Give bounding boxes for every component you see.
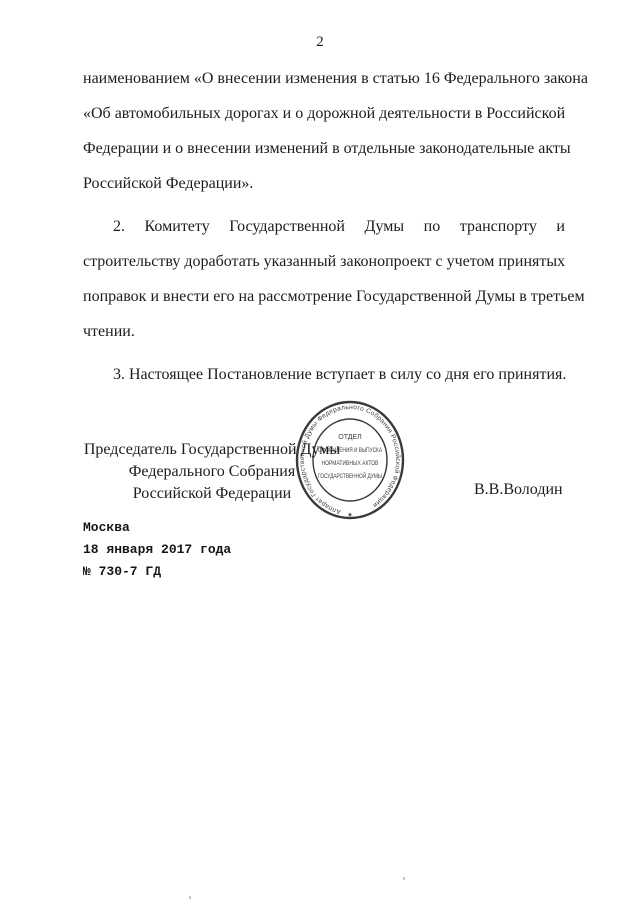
text-line: «Об автомобильных дорогах и о дорожной д… bbox=[83, 96, 565, 131]
issuance-city: Москва bbox=[83, 517, 231, 539]
stamp-center-line: ОТДЕЛ bbox=[338, 434, 362, 441]
stamp-center-line: ОФОРМЛЕНИЯ И ВЫПУСКА bbox=[318, 447, 383, 454]
document-page: 2 наименованием «О внесении изменения в … bbox=[0, 0, 640, 905]
signatory-name: В.В.Володин bbox=[474, 481, 563, 499]
page-number: 2 bbox=[0, 34, 640, 51]
paragraph-continuation: наименованием «О внесении изменения в ст… bbox=[83, 61, 565, 201]
issuance-block: Москва 18 января 2017 года № 730-7 ГД bbox=[83, 517, 231, 583]
paragraph-item-2: 2. Комитету Государственной Думы по тран… bbox=[83, 209, 565, 349]
paragraph-item-3: 3. Настоящее Постановление вступает в си… bbox=[83, 357, 565, 392]
text-line: Федерации и о внесении изменений в отдел… bbox=[83, 131, 565, 166]
text-line: 2. Комитету Государственной Думы по тран… bbox=[83, 209, 565, 244]
stamp-center-line: ГОСУДАРСТВЕННОЙ ДУМЫ bbox=[318, 472, 382, 480]
text-line: поправок и внести его на рассмотрение Го… bbox=[83, 279, 565, 314]
scan-speck bbox=[403, 877, 405, 880]
issuance-number: № 730-7 ГД bbox=[83, 561, 231, 583]
stamp-star-icon: ★ bbox=[347, 512, 352, 519]
stamp-center-line: НОРМАТИВНЫХ АКТОВ bbox=[322, 460, 379, 467]
scan-speck bbox=[189, 896, 191, 899]
text-line: наименованием «О внесении изменения в ст… bbox=[83, 61, 565, 96]
text-line: Российской Федерации». bbox=[83, 166, 565, 201]
official-stamp-seal: Аппарат Государственной Думы Федеральног… bbox=[294, 400, 406, 522]
stamp-graphic: Аппарат Государственной Думы Федеральног… bbox=[294, 400, 406, 522]
text-line: чтении. bbox=[83, 314, 565, 349]
text-line: строительству доработать указанный закон… bbox=[83, 244, 565, 279]
text-line: 3. Настоящее Постановление вступает в си… bbox=[83, 357, 565, 392]
document-body: наименованием «О внесении изменения в ст… bbox=[83, 61, 565, 392]
issuance-date: 18 января 2017 года bbox=[83, 539, 231, 561]
